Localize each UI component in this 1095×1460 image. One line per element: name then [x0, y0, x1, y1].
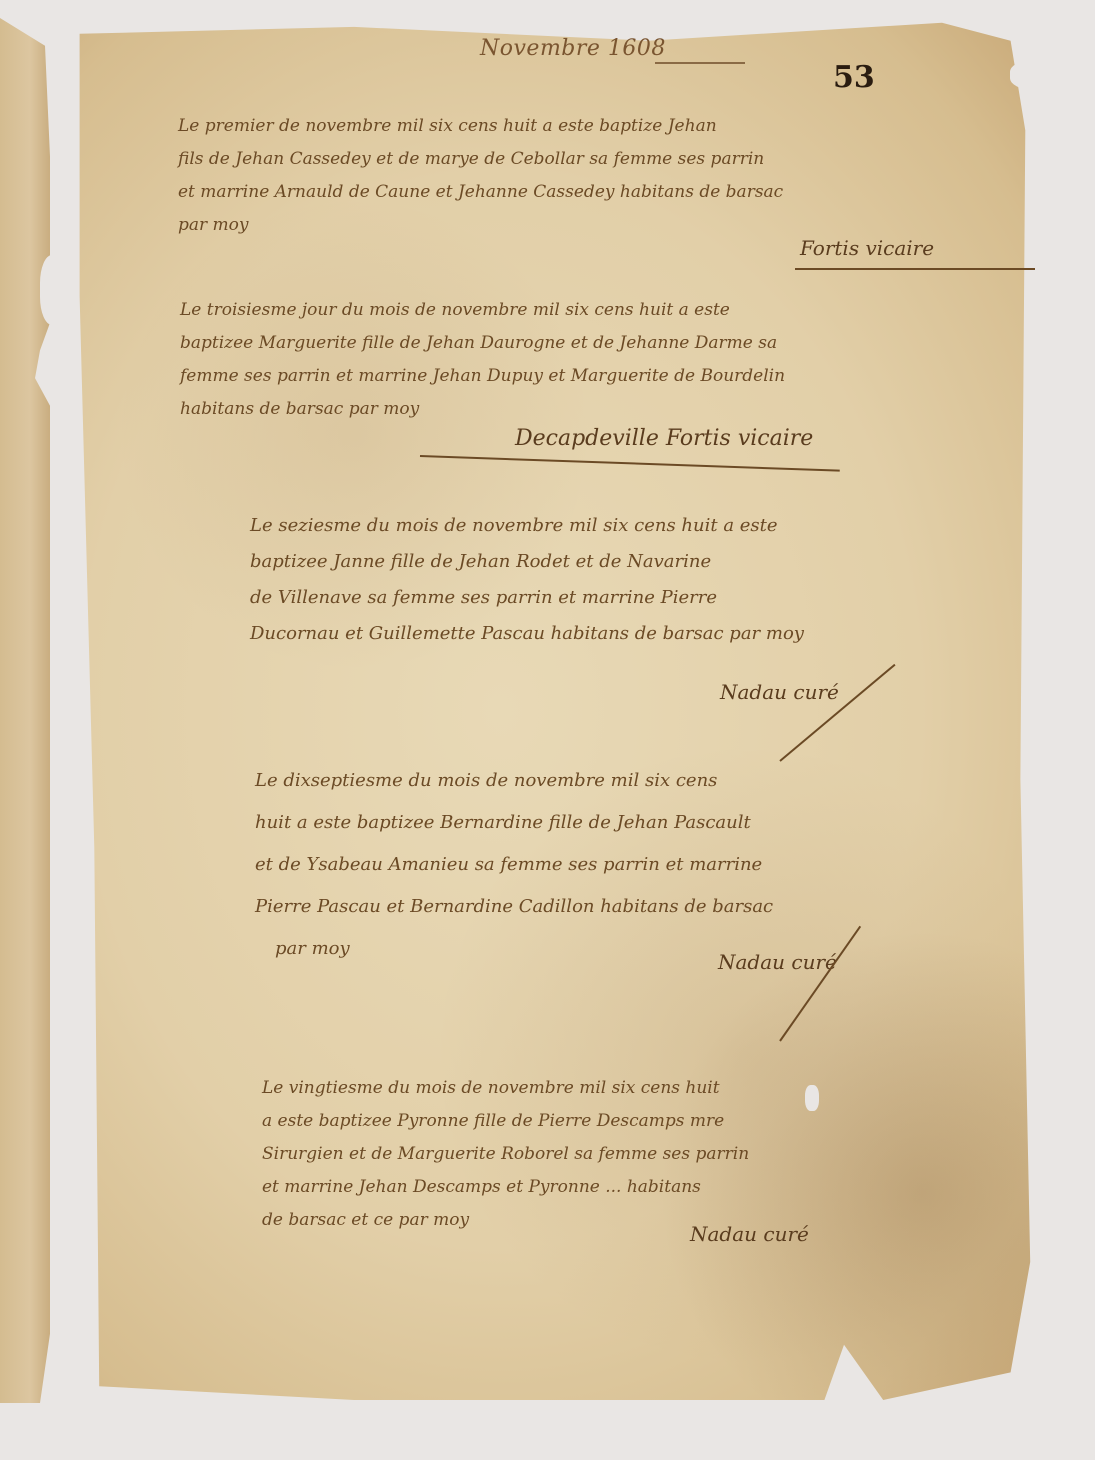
entry-line: Le dixseptiesme du mois de novembre mil … — [255, 760, 773, 802]
page-header-month: Novembre 1608 — [480, 36, 666, 61]
entry-line: par moy — [178, 209, 783, 242]
signature-nadau: Nadau curé — [720, 680, 839, 704]
entry-line: baptizee Marguerite fille de Jehan Dauro… — [180, 327, 785, 360]
entry-line: femme ses parrin et marrine Jehan Dupuy … — [180, 360, 785, 393]
register-entry-2: Le troisiesme jour du mois de novembre m… — [180, 294, 785, 426]
register-entry-4: Le dixseptiesme du mois de novembre mil … — [255, 760, 773, 970]
entry-line: et marrine Jehan Descamps et Pyronne ...… — [262, 1171, 749, 1204]
entry-line: Ducornau et Guillemette Pascau habitans … — [250, 616, 804, 652]
entry-line: baptizee Janne fille de Jehan Rodet et d… — [250, 544, 804, 580]
entry-line: Le vingtiesme du mois de novembre mil si… — [262, 1072, 749, 1105]
folio-number: 53 — [833, 60, 875, 95]
signature-nadau: Nadau curé — [718, 950, 837, 974]
entry-line: Le seziesme du mois de novembre mil six … — [250, 508, 804, 544]
register-entry-3: Le seziesme du mois de novembre mil six … — [250, 508, 804, 652]
entry-line: Sirurgien et de Marguerite Roborel sa fe… — [262, 1138, 749, 1171]
entry-line: et de Ysabeau Amanieu sa femme ses parri… — [255, 844, 773, 886]
paper-damage-hole — [805, 1085, 819, 1111]
signature-nadau: Nadau curé — [690, 1222, 809, 1246]
register-entry-1: Le premier de novembre mil six cens huit… — [178, 110, 783, 242]
entry-line: Le premier de novembre mil six cens huit… — [178, 110, 783, 143]
entry-line: Pierre Pascau et Bernardine Cadillon hab… — [255, 886, 773, 928]
header-underline — [655, 62, 745, 64]
entry-line: fils de Jehan Cassedey et de marye de Ce… — [178, 143, 783, 176]
entry-line: par moy — [255, 928, 773, 970]
paper-damage-hole — [1010, 60, 1070, 90]
signature-decapdeville-fortis: Decapdeville Fortis vicaire — [515, 426, 813, 451]
adjacent-page-edge — [0, 18, 50, 1403]
signature-flourish — [795, 268, 1035, 270]
entry-line: habitans de barsac par moy — [180, 393, 785, 426]
paper-damage-hole — [40, 255, 70, 325]
entry-line: et marrine Arnauld de Caune et Jehanne C… — [178, 176, 783, 209]
entry-line: a este baptizee Pyronne fille de Pierre … — [262, 1105, 749, 1138]
entry-line: huit a este baptizee Bernardine fille de… — [255, 802, 773, 844]
entry-line: Le troisiesme jour du mois de novembre m… — [180, 294, 785, 327]
signature-vicaire: Fortis vicaire — [800, 236, 934, 260]
register-entry-5: Le vingtiesme du mois de novembre mil si… — [262, 1072, 749, 1237]
entry-line: de Villenave sa femme ses parrin et marr… — [250, 580, 804, 616]
entry-line: de barsac et ce par moy — [262, 1204, 749, 1237]
